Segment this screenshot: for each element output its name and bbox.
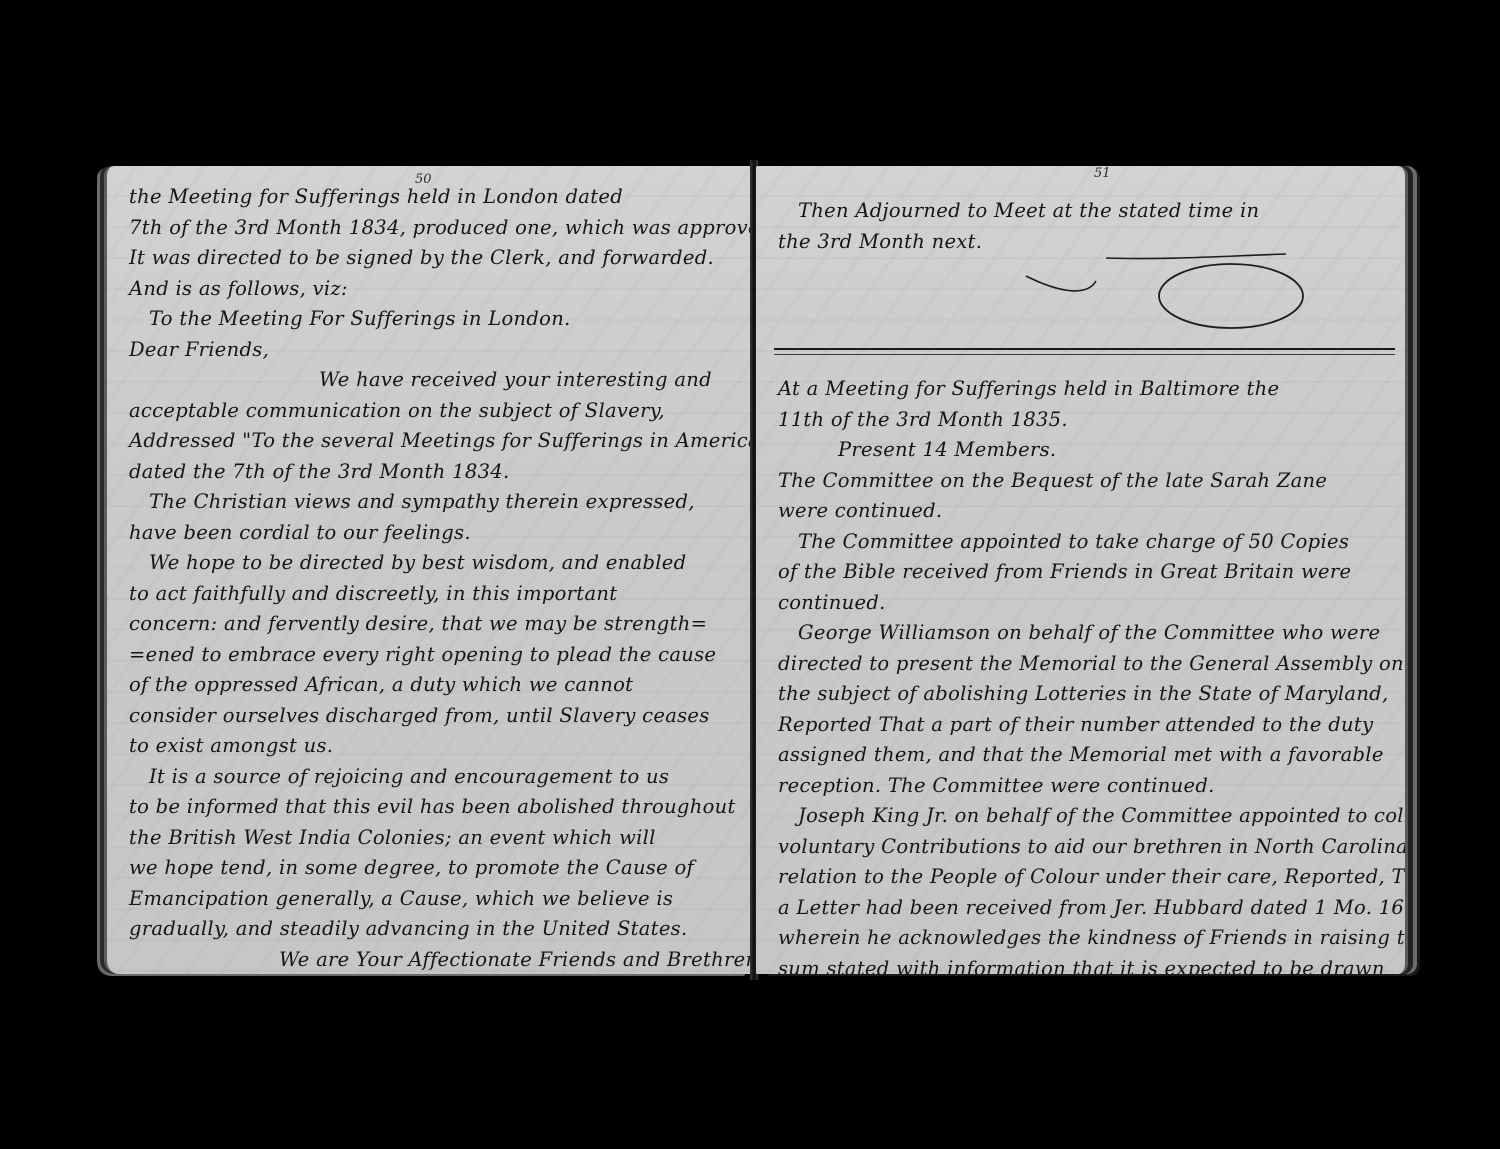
left-page: 50 the Meeting for Sufferings held in Lo… xyxy=(104,166,752,974)
manuscript-line: Then Adjourned to Meet at the stated tim… xyxy=(778,196,1389,227)
manuscript-line: relation to the People of Colour under t… xyxy=(778,862,1389,893)
manuscript-line: voluntary Contributions to aid our breth… xyxy=(778,832,1389,863)
manuscript-line: reception. The Committee were continued. xyxy=(778,771,1389,802)
right-page: 51 Then Adjourned to Meet at the stated … xyxy=(756,166,1408,974)
manuscript-line: At a Meeting for Sufferings held in Balt… xyxy=(778,374,1389,405)
manuscript-line: of the Bible received from Friends in Gr… xyxy=(778,557,1389,588)
letter-address: To the Meeting For Sufferings in London. xyxy=(129,304,736,335)
letter-salutation: Dear Friends, xyxy=(129,335,736,366)
meeting-minutes-1835: At a Meeting for Sufferings held in Balt… xyxy=(778,374,1389,974)
manuscript-line: were continued. xyxy=(778,496,1389,527)
manuscript-line: 7th of the 3rd Month 1834, produced one,… xyxy=(129,213,736,244)
section-divider-rule xyxy=(774,348,1395,355)
manuscript-line: concern: and fervently desire, that we m… xyxy=(129,609,736,640)
scanned-ledger-image: 50 the Meeting for Sufferings held in Lo… xyxy=(0,0,1500,1149)
manuscript-line: sum stated with information that it is e… xyxy=(778,954,1389,975)
manuscript-line: a Letter had been received from Jer. Hub… xyxy=(778,893,1389,924)
manuscript-line: 11th of the 3rd Month 1835. xyxy=(778,405,1389,436)
left-page-text: the Meeting for Sufferings held in Londo… xyxy=(129,182,736,974)
manuscript-line: to be informed that this evil has been a… xyxy=(129,792,736,823)
manuscript-line: acceptable communication on the subject … xyxy=(129,396,736,427)
manuscript-line: dated the 7th of the 3rd Month 1834. xyxy=(129,457,736,488)
manuscript-line: It is a source of rejoicing and encourag… xyxy=(129,762,736,793)
manuscript-line: It was directed to be signed by the Cler… xyxy=(129,243,736,274)
manuscript-line: to exist amongst us. xyxy=(129,731,736,762)
letter-closing: We are Your Affectionate Friends and Bre… xyxy=(129,945,736,975)
manuscript-line: assigned them, and that the Memorial met… xyxy=(778,740,1389,771)
manuscript-line: wherein he acknowledges the kindness of … xyxy=(778,923,1389,954)
manuscript-line: the British West India Colonies; an even… xyxy=(129,823,736,854)
manuscript-line: of the oppressed African, a duty which w… xyxy=(129,670,736,701)
manuscript-line: continued. xyxy=(778,588,1389,619)
manuscript-line: the Meeting for Sufferings held in Londo… xyxy=(129,182,736,213)
manuscript-line: Joseph King Jr. on behalf of the Committ… xyxy=(778,801,1389,832)
manuscript-line: And is as follows, viz: xyxy=(129,274,736,305)
manuscript-line: =ened to embrace every right opening to … xyxy=(129,640,736,671)
manuscript-line: have been cordial to our feelings. xyxy=(129,518,736,549)
manuscript-line: We have received your interesting and xyxy=(129,365,736,396)
manuscript-line: George Williamson on behalf of the Commi… xyxy=(778,618,1389,649)
manuscript-line: The Christian views and sympathy therein… xyxy=(129,487,736,518)
manuscript-line: We hope to be directed by best wisdom, a… xyxy=(129,548,736,579)
manuscript-line: to act faithfully and discreetly, in thi… xyxy=(129,579,736,610)
manuscript-line: The Committee appointed to take charge o… xyxy=(778,527,1389,558)
manuscript-line: Emancipation generally, a Cause, which w… xyxy=(129,884,736,915)
manuscript-line: we hope tend, in some degree, to promote… xyxy=(129,853,736,884)
adjournment-minute: Then Adjourned to Meet at the stated tim… xyxy=(778,196,1389,257)
manuscript-line: consider ourselves discharged from, unti… xyxy=(129,701,736,732)
manuscript-line: Addressed "To the several Meetings for S… xyxy=(129,426,736,457)
manuscript-line: the 3rd Month next. xyxy=(778,227,1389,258)
manuscript-line: the subject of abolishing Lotteries in t… xyxy=(778,679,1389,710)
manuscript-line: Reported That a part of their number att… xyxy=(778,710,1389,741)
manuscript-line: The Committee on the Bequest of the late… xyxy=(778,466,1389,497)
page-number-right: 51 xyxy=(1094,166,1111,181)
attendance-line: Present 14 Members. xyxy=(778,435,1389,466)
open-minute-book: 50 the Meeting for Sufferings held in Lo… xyxy=(96,160,1416,982)
manuscript-line: gradually, and steadily advancing in the… xyxy=(129,914,736,945)
manuscript-line: directed to present the Memorial to the … xyxy=(778,649,1389,680)
